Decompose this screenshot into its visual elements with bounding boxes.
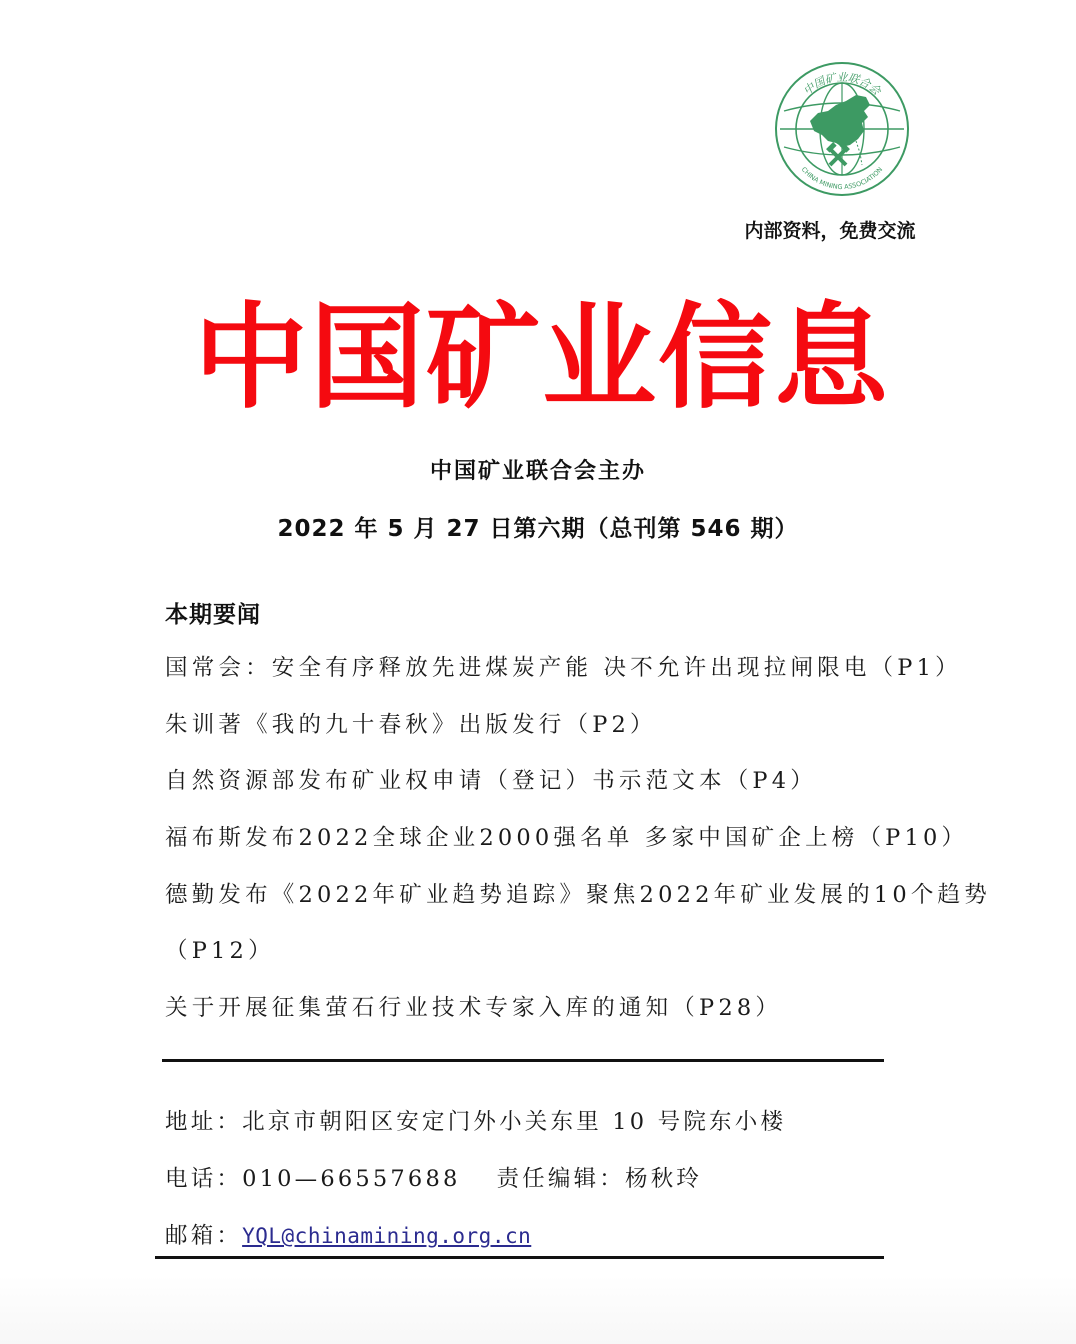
headline-item: 德勤发布《2022年矿业趋势追踪》聚焦2022年矿业发展的10个趋势	[165, 877, 925, 934]
editor-label: 责任编辑：	[496, 1166, 625, 1192]
globe-logo-icon: 中国矿业联合会 CHINA MINING ASSOCIATION	[774, 61, 910, 197]
headline-item: 国常会：安全有序释放先进煤炭产能 决不允许出现拉闸限电（P1）	[165, 650, 925, 707]
sponsor-line: 中国矿业联合会主办	[0, 454, 1076, 485]
headline-item: 自然资源部发布矿业权申请（登记）书示范文本（P4）	[165, 763, 925, 820]
headline-item: 朱训著《我的九十春秋》出版发行（P2）	[165, 707, 925, 764]
headline-item: 福布斯发布2022全球企业2000强名单 多家中国矿企上榜（P10）	[165, 820, 925, 877]
headline-item-continuation: （P12）	[165, 933, 925, 990]
headline-item: 关于开展征集萤石行业技术专家入库的通知（P28）	[165, 990, 925, 1047]
email-link[interactable]: YQL@chinamining.org.cn	[242, 1224, 531, 1248]
association-logo: 中国矿业联合会 CHINA MINING ASSOCIATION	[774, 61, 910, 197]
publication-title: 中国矿业信息	[180, 288, 904, 428]
highlights-heading: 本期要闻	[165, 596, 261, 629]
divider-bottom	[155, 1256, 884, 1259]
issue-date-line: 2022 年 5 月 27 日第六期（总刊第 546 期）	[0, 510, 1076, 543]
internal-use-note: 内部资料，免费交流	[730, 216, 930, 243]
address-label: 地址：	[165, 1109, 242, 1135]
page-bottom-shade	[0, 1275, 1076, 1344]
contact-phone: 电话：010—66557688责任编辑：杨秋玲	[165, 1161, 702, 1193]
contact-address: 地址：北京市朝阳区安定门外小关东里 10 号院东小楼	[165, 1104, 786, 1136]
highlights-list: 国常会：安全有序释放先进煤炭产能 决不允许出现拉闸限电（P1） 朱训著《我的九十…	[165, 650, 925, 1047]
editor-value: 杨秋玲	[625, 1166, 702, 1192]
email-label: 邮箱：	[165, 1223, 242, 1249]
svg-text:中国矿业联合会: 中国矿业联合会	[801, 71, 885, 99]
address-value: 北京市朝阳区安定门外小关东里 10 号院东小楼	[242, 1109, 786, 1135]
contact-email: 邮箱：YQL@chinamining.org.cn	[165, 1218, 531, 1250]
divider-top	[162, 1059, 884, 1062]
phone-value: 010—66557688	[242, 1166, 460, 1192]
phone-label: 电话：	[165, 1166, 242, 1192]
